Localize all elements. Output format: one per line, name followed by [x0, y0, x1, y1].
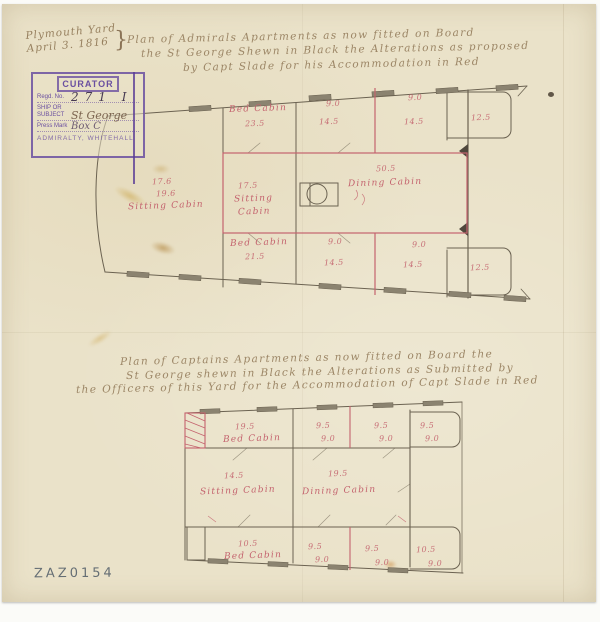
dimension-label: 10.5 — [416, 546, 436, 555]
stamp-value-press-mark: Box C — [71, 123, 101, 130]
dimension-label: 14.5 — [224, 472, 244, 481]
stamp-value-ship: St George — [71, 112, 127, 119]
ink-stain — [86, 327, 115, 349]
dimension-label: 9.5 — [308, 543, 323, 551]
dimension-label: 50.5 — [376, 165, 396, 174]
stamp-row-regd-no: Regd. No. 271 I — [37, 94, 139, 103]
dimension-label: 17.6 — [152, 178, 172, 187]
archive-number: ZAZ0154 — [34, 566, 115, 582]
room-label: Dining Cabin — [302, 486, 377, 498]
lower-plan-annotations: 19.5Bed Cabin9.59.09.59.09.59.014.5Sitti… — [178, 396, 478, 586]
upper-plan: Bed Cabin23.59.014.59.014.512.517.619.6S… — [88, 78, 578, 318]
dimension-label: 17.5 — [238, 182, 258, 191]
dimension-label: 9.5 — [316, 422, 331, 430]
dimension-label: 9.5 — [365, 545, 380, 553]
lower-plan-caption: Plan of Captains Apartments as now fitte… — [76, 355, 539, 397]
room-label: Dining Cabin — [348, 178, 423, 190]
stamp-label: SHIP ORSUBJECT — [37, 105, 71, 119]
dimension-label: 12.5 — [471, 114, 491, 123]
stamp-value-regd-no: 271 I — [71, 94, 132, 101]
dimension-label: 21.5 — [245, 253, 265, 262]
paper-fold-line — [2, 332, 596, 333]
dimension-label: 9.0 — [326, 100, 341, 108]
dimension-label: 9.0 — [428, 560, 443, 568]
dimension-label: 9.0 — [328, 238, 343, 246]
dimension-label: 14.5 — [319, 118, 339, 127]
upper-plan-caption: Plan of Admirals Apartments as now fitte… — [127, 33, 530, 75]
stamp-row-ship: SHIP ORSUBJECT St George — [37, 105, 139, 121]
lower-plan: 19.5Bed Cabin9.59.09.59.09.59.014.5Sitti… — [178, 396, 478, 586]
dimension-label: 14.5 — [324, 259, 344, 268]
room-label: Bed Cabin — [224, 551, 282, 562]
stamp-footer: ADMIRALTY, WHITEHALL — [37, 135, 139, 142]
room-label: Cabin — [238, 207, 271, 217]
stamp-row-press-mark: Press Mark Box C — [37, 123, 139, 132]
curator-stamp: CURATOR Regd. No. 271 I SHIP ORSUBJECT S… — [31, 72, 145, 158]
dimension-label: 14.5 — [404, 118, 424, 127]
stamp-label: Press Mark — [37, 123, 71, 130]
dimension-label: 19.5 — [235, 423, 255, 432]
dimension-label: 12.5 — [470, 264, 490, 273]
dimension-label: 23.5 — [245, 120, 265, 129]
dimension-label: 19.6 — [156, 190, 176, 199]
dimension-label: 9.0 — [375, 559, 390, 567]
room-label: Sitting Cabin — [128, 201, 204, 213]
dimension-label: 14.5 — [403, 261, 423, 270]
upper-plan-annotations: Bed Cabin23.59.014.59.014.512.517.619.6S… — [88, 78, 578, 318]
room-label: Bed Cabin — [230, 238, 288, 249]
room-label: Sitting — [234, 194, 273, 204]
room-label: Bed Cabin — [223, 434, 281, 445]
brace-mark: } — [114, 28, 128, 53]
dimension-label: 9.5 — [420, 422, 435, 430]
dimension-label: 9.0 — [412, 241, 427, 249]
dimension-label: 19.5 — [328, 470, 348, 479]
stamp-ink-smear — [133, 72, 135, 184]
room-label: Sitting Cabin — [200, 486, 276, 498]
dimension-label: 9.0 — [315, 556, 330, 564]
stamp-label: Regd. No. — [37, 94, 71, 101]
scanned-plan-page: Plymouth Yard April 3. 1816 } Plan of Ad… — [0, 0, 600, 622]
room-label: Bed Cabin — [229, 104, 287, 115]
dimension-label: 9.0 — [408, 94, 423, 102]
dimension-label: 9.0 — [425, 435, 440, 443]
dimension-label: 9.0 — [379, 435, 394, 443]
dimension-label: 9.0 — [321, 435, 336, 443]
dimension-label: 9.5 — [374, 422, 389, 430]
dimension-label: 10.5 — [238, 540, 258, 549]
